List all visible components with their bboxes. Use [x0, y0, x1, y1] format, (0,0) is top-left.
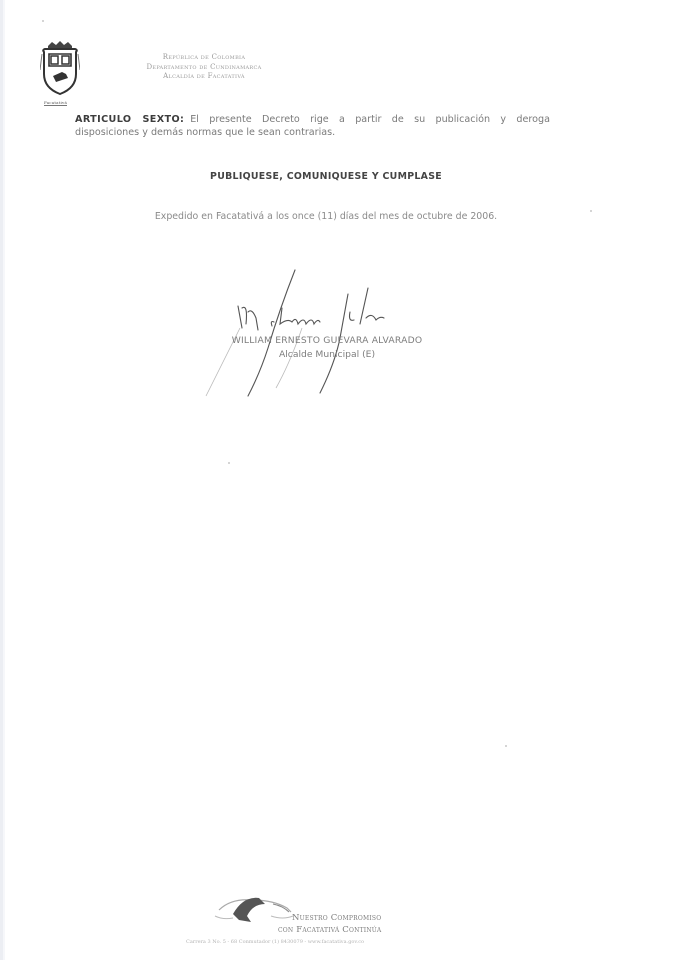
letterhead-department: Departamento de Cundinamarca — [118, 63, 290, 73]
footer-slogan: Nuestro Compromiso con Facatativá Contin… — [278, 912, 381, 936]
article-sexto: ARTICULO SEXTO:El presente Decreto rige … — [75, 113, 550, 139]
issued-statement: Expedido en Facatativá a los once (11) d… — [0, 211, 652, 222]
crest-caption: Facatativá — [44, 100, 67, 106]
article-title: ARTICULO SEXTO: — [75, 114, 184, 125]
letterhead-country: República de Colombia — [118, 53, 290, 63]
footer-slogan-line2: con Facatativá Continúa — [278, 924, 381, 936]
publish-heading: PUBLIQUESE, COMUNIQUESE Y CUMPLASE — [0, 171, 652, 182]
scan-speck — [228, 462, 230, 464]
scan-speck — [590, 210, 592, 212]
letterhead: República de Colombia Departamento de Cu… — [118, 53, 290, 82]
scan-speck — [42, 20, 44, 22]
coat-of-arms-icon — [40, 40, 80, 96]
article-text-line2: disposiciones y demás normas que le sean… — [75, 127, 335, 138]
article-first-line: ARTICULO SEXTO:El presente Decreto rige … — [75, 113, 550, 126]
page-edge-shadow — [3, 0, 5, 960]
letterhead-mayoralty: Alcaldía de Facatativá — [118, 72, 290, 82]
scan-speck — [505, 745, 507, 747]
signer-name: WILLIAM ERNESTO GUEVARA ALVARADO — [0, 335, 654, 346]
footer-slogan-line1: Nuestro Compromiso — [292, 912, 381, 924]
footer-address: Carrera 3 No. 5 - 68 Conmutador (1) 8430… — [186, 939, 446, 945]
article-text-line1: El presente Decreto rige a partir de su … — [190, 114, 550, 125]
handwritten-signature-icon — [200, 268, 440, 400]
signer-role: Alcalde Municipal (E) — [0, 349, 654, 360]
